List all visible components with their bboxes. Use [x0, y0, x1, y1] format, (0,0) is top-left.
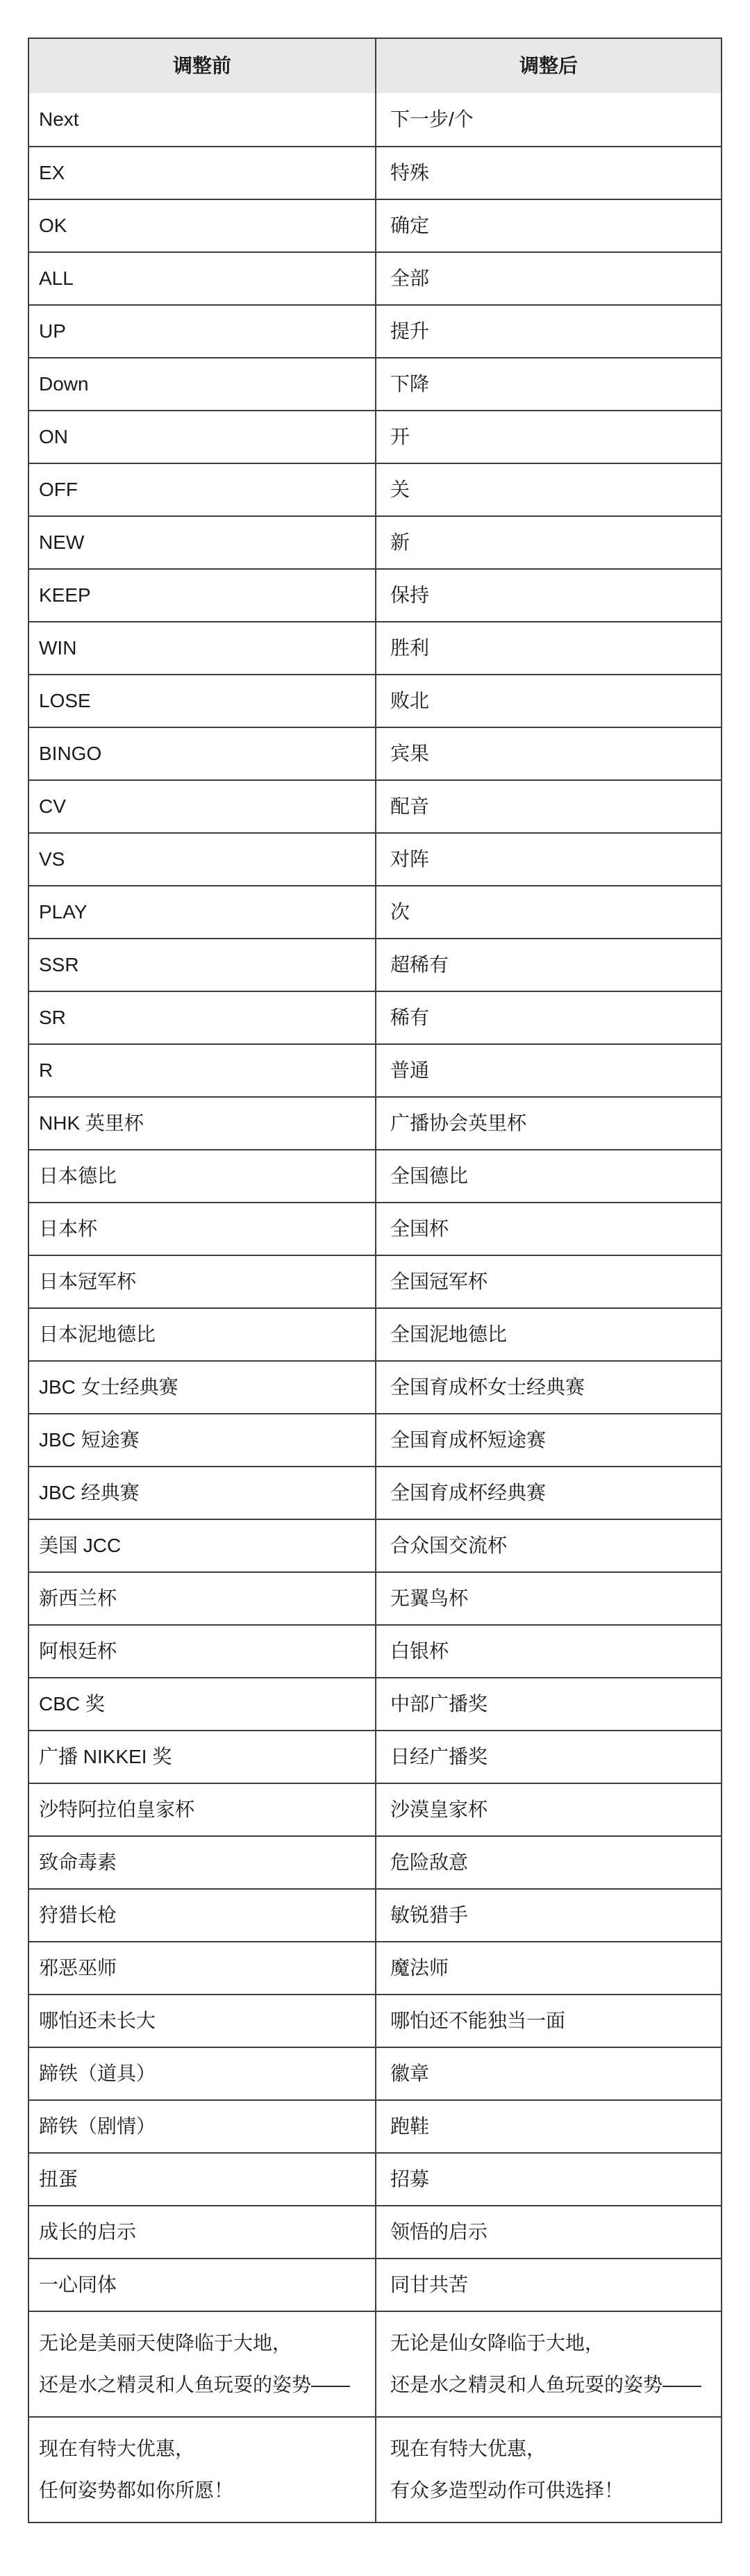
- cell-text: 日本德比: [39, 1165, 368, 1187]
- table-row: ON开: [29, 410, 721, 463]
- cell-text: PLAY: [39, 901, 368, 923]
- cell-before: 蹄铁（剧情）: [29, 2101, 375, 2152]
- table-row: BINGO宾果: [29, 727, 721, 779]
- cell-text: ON: [39, 426, 368, 448]
- table-header-row: 调整前 调整后: [29, 39, 721, 93]
- cell-after: 现在有特大优惠，有众多造型动作可供选择！: [375, 2418, 721, 2522]
- table-row: CV配音: [29, 779, 721, 832]
- table-row: UP提升: [29, 304, 721, 357]
- cell-before: 日本杯: [29, 1203, 375, 1255]
- cell-after: 无论是仙女降临于大地，还是水之精灵和人鱼玩耍的姿势——: [375, 2312, 721, 2416]
- cell-before: OK: [29, 200, 375, 251]
- cell-text: 全国冠军杯: [390, 1271, 714, 1293]
- cell-text: 新西兰杯: [39, 1587, 368, 1610]
- cell-after: 全部: [375, 253, 721, 304]
- cell-before: 扭蛋: [29, 2154, 375, 2205]
- cell-after: 广播协会英里杯: [375, 1098, 721, 1149]
- cell-after: 全国杯: [375, 1203, 721, 1255]
- cell-text: 招募: [390, 2168, 714, 2190]
- cell-text: 邪恶巫师: [39, 1957, 368, 1979]
- table-row: 日本泥地德比全国泥地德比: [29, 1307, 721, 1360]
- cell-before: 沙特阿拉伯皇家杯: [29, 1784, 375, 1835]
- cell-after: 同甘共苦: [375, 2259, 721, 2311]
- table-body: Next下一步/个EX特殊OK确定ALL全部UP提升Down下降ON开OFF关N…: [29, 93, 721, 2522]
- cell-text: 白银杯: [390, 1640, 714, 1662]
- table-row: JBC 女士经典赛全国育成杯女士经典赛: [29, 1360, 721, 1413]
- cell-text: VS: [39, 848, 368, 870]
- cell-text: LOSE: [39, 690, 368, 712]
- cell-text: 全国泥地德比: [390, 1323, 714, 1346]
- cell-text: 下降: [390, 373, 714, 395]
- cell-before: NEW: [29, 517, 375, 568]
- cell-text: 全国育成杯短途赛: [390, 1429, 714, 1451]
- cell-after: 跑鞋: [375, 2101, 721, 2152]
- table-row: 狩猎长枪敏锐猎手: [29, 1888, 721, 1941]
- cell-after: 败北: [375, 675, 721, 727]
- table-row: JBC 短途赛全国育成杯短途赛: [29, 1413, 721, 1466]
- cell-text: 致命毒素: [39, 1851, 368, 1874]
- cell-after: 胜利: [375, 622, 721, 674]
- table-row: KEEP保持: [29, 568, 721, 621]
- table-row: 广播 NIKKEI 奖日经广播奖: [29, 1730, 721, 1783]
- table-row: OFF关: [29, 463, 721, 515]
- cell-before: 蹄铁（道具）: [29, 2048, 375, 2099]
- cell-text: 魔法师: [390, 1957, 714, 1979]
- cell-text: 配音: [390, 795, 714, 818]
- page: { "table": { "headers": { "before": "调整前…: [0, 0, 750, 2576]
- cell-before: Down: [29, 358, 375, 410]
- cell-after: 全国冠军杯: [375, 1256, 721, 1307]
- cell-before: ON: [29, 411, 375, 463]
- cell-before: SSR: [29, 939, 375, 991]
- table-row: 一心同体同甘共苦: [29, 2258, 721, 2311]
- cell-after: 对阵: [375, 834, 721, 885]
- table-row: 新西兰杯无翼鸟杯: [29, 1571, 721, 1624]
- table-row: SR稀有: [29, 991, 721, 1043]
- cell-text: 阿根廷杯: [39, 1640, 368, 1662]
- cell-text: 特殊: [390, 162, 714, 184]
- cell-text: WIN: [39, 637, 368, 659]
- cell-text: KEEP: [39, 584, 368, 606]
- cell-text: 蹄铁（剧情）: [39, 2115, 368, 2138]
- cell-before: LOSE: [29, 675, 375, 727]
- table-row: VS对阵: [29, 832, 721, 885]
- cell-text: 普通: [390, 1059, 714, 1082]
- table-row: OK确定: [29, 199, 721, 251]
- table-row: 邪恶巫师魔法师: [29, 1941, 721, 1994]
- cell-after: 下一步/个: [375, 93, 721, 146]
- cell-before: BINGO: [29, 728, 375, 779]
- cell-text: Next: [39, 108, 368, 131]
- cell-after: 宾果: [375, 728, 721, 779]
- cell-after: 全国育成杯短途赛: [375, 1414, 721, 1466]
- cell-after: 哪怕还不能独当一面: [375, 1995, 721, 2047]
- cell-text: 次: [390, 901, 714, 923]
- cell-before: SR: [29, 992, 375, 1043]
- cell-text: 全国德比: [390, 1165, 714, 1187]
- cell-before: 新西兰杯: [29, 1573, 375, 1624]
- cell-text: 日本泥地德比: [39, 1323, 368, 1346]
- cell-before: OFF: [29, 464, 375, 515]
- cell-before: ALL: [29, 253, 375, 304]
- table-row: NHK 英里杯广播协会英里杯: [29, 1096, 721, 1149]
- cell-text: ALL: [39, 267, 368, 290]
- cell-text: 沙特阿拉伯皇家杯: [39, 1799, 368, 1821]
- cell-text: 关: [390, 479, 714, 501]
- cell-before: KEEP: [29, 570, 375, 621]
- cell-text: 全国育成杯女士经典赛: [390, 1376, 714, 1398]
- cell-text: OK: [39, 215, 368, 237]
- cell-text: 提升: [390, 320, 714, 342]
- cell-line: 还是水之精灵和人鱼玩耍的姿势——: [39, 2374, 368, 2396]
- table-row: SSR超稀有: [29, 938, 721, 991]
- table-row: R普通: [29, 1043, 721, 1096]
- cell-text: UP: [39, 320, 368, 342]
- cell-after: 提升: [375, 306, 721, 357]
- cell-text: 日本冠军杯: [39, 1271, 368, 1293]
- cell-text: SSR: [39, 954, 368, 976]
- cell-before: 成长的启示: [29, 2206, 375, 2258]
- cell-before: Next: [29, 93, 375, 146]
- cell-after: 领悟的启示: [375, 2206, 721, 2258]
- cell-text: 一心同体: [39, 2274, 368, 2296]
- cell-after: 下降: [375, 358, 721, 410]
- cell-after: 全国德比: [375, 1150, 721, 1202]
- cell-after: 确定: [375, 200, 721, 251]
- cell-before: 广播 NIKKEI 奖: [29, 1731, 375, 1783]
- header-before: 调整前: [29, 39, 375, 93]
- table-row: 日本冠军杯全国冠军杯: [29, 1255, 721, 1307]
- cell-after: 全国育成杯女士经典赛: [375, 1362, 721, 1413]
- cell-text: 哪怕还未长大: [39, 2010, 368, 2032]
- cell-text: 合众国交流杯: [390, 1535, 714, 1557]
- cell-after: 魔法师: [375, 1942, 721, 1994]
- header-after: 调整后: [375, 39, 721, 93]
- cell-line: 现在有特大优惠，: [39, 2438, 368, 2460]
- cell-text: JBC 经典赛: [39, 1482, 368, 1504]
- cell-text: 开: [390, 426, 714, 448]
- table-row: 成长的启示领悟的启示: [29, 2205, 721, 2258]
- cell-after: 合众国交流杯: [375, 1520, 721, 1571]
- cell-text: Down: [39, 373, 368, 395]
- cell-text: BINGO: [39, 743, 368, 765]
- cell-after: 次: [375, 886, 721, 938]
- table-row: CBC 奖中部广播奖: [29, 1677, 721, 1730]
- cell-text: 广播协会英里杯: [390, 1112, 714, 1134]
- cell-text: 同甘共苦: [390, 2274, 714, 2296]
- cell-after: 配音: [375, 781, 721, 832]
- cell-before: 无论是美丽天使降临于大地，还是水之精灵和人鱼玩耍的姿势——: [29, 2312, 375, 2416]
- cell-text: 败北: [390, 690, 714, 712]
- cell-before: 邪恶巫师: [29, 1942, 375, 1994]
- cell-text: 扭蛋: [39, 2168, 368, 2190]
- cell-text: 领悟的启示: [390, 2221, 714, 2243]
- cell-text: 沙漠皇家杯: [390, 1799, 714, 1821]
- table-row: LOSE败北: [29, 674, 721, 727]
- cell-text: 全部: [390, 267, 714, 290]
- table-row: Next下一步/个: [29, 93, 721, 146]
- cell-after: 徽章: [375, 2048, 721, 2099]
- cell-text: 胜利: [390, 637, 714, 659]
- cell-before: JBC 经典赛: [29, 1467, 375, 1519]
- cell-text: NHK 英里杯: [39, 1112, 368, 1134]
- cell-after: 稀有: [375, 992, 721, 1043]
- cell-before: 一心同体: [29, 2259, 375, 2311]
- cell-before: NHK 英里杯: [29, 1098, 375, 1149]
- cell-after: 危险敌意: [375, 1837, 721, 1888]
- cell-after: 保持: [375, 570, 721, 621]
- cell-text: 徽章: [390, 2063, 714, 2085]
- cell-after: 超稀有: [375, 939, 721, 991]
- table-row: ALL全部: [29, 251, 721, 304]
- table-row: 无论是美丽天使降临于大地，还是水之精灵和人鱼玩耍的姿势——无论是仙女降临于大地，…: [29, 2311, 721, 2416]
- cell-text: SR: [39, 1007, 368, 1029]
- table-row: PLAY次: [29, 885, 721, 938]
- cell-before: 现在有特大优惠，任何姿势都如你所愿！: [29, 2418, 375, 2522]
- cell-after: 新: [375, 517, 721, 568]
- cell-before: CV: [29, 781, 375, 832]
- cell-text: 成长的启示: [39, 2221, 368, 2243]
- cell-text: 保持: [390, 584, 714, 606]
- cell-text: EX: [39, 162, 368, 184]
- header-before-label: 调整前: [173, 55, 231, 77]
- cell-text: OFF: [39, 479, 368, 501]
- translation-adjustment-table: 调整前 调整后 Next下一步/个EX特殊OK确定ALL全部UP提升Down下降…: [28, 38, 722, 2523]
- cell-after: 全国泥地德比: [375, 1309, 721, 1360]
- table-row: NEW新: [29, 515, 721, 568]
- cell-text: NEW: [39, 531, 368, 554]
- cell-before: R: [29, 1045, 375, 1096]
- cell-text: CV: [39, 795, 368, 818]
- cell-text: 哪怕还不能独当一面: [390, 2010, 714, 2032]
- table-row: 蹄铁（道具）徽章: [29, 2047, 721, 2099]
- cell-line: 无论是仙女降临于大地，: [390, 2332, 714, 2354]
- cell-text: 新: [390, 531, 714, 554]
- table-row: Down下降: [29, 357, 721, 410]
- cell-before: PLAY: [29, 886, 375, 938]
- table-row: 阿根廷杯白银杯: [29, 1624, 721, 1677]
- cell-text: 下一步/个: [390, 108, 714, 131]
- table-row: EX特殊: [29, 146, 721, 199]
- cell-before: JBC 女士经典赛: [29, 1362, 375, 1413]
- table-row: 沙特阿拉伯皇家杯沙漠皇家杯: [29, 1783, 721, 1835]
- table-row: WIN胜利: [29, 621, 721, 674]
- cell-line: 无论是美丽天使降临于大地，: [39, 2332, 368, 2354]
- cell-text: 宾果: [390, 743, 714, 765]
- cell-text: 广播 NIKKEI 奖: [39, 1746, 368, 1768]
- cell-before: 阿根廷杯: [29, 1626, 375, 1677]
- cell-text: 无翼鸟杯: [390, 1587, 714, 1610]
- cell-before: EX: [29, 147, 375, 199]
- cell-line: 还是水之精灵和人鱼玩耍的姿势——: [390, 2374, 714, 2396]
- cell-text: 狩猎长枪: [39, 1904, 368, 1926]
- cell-before: VS: [29, 834, 375, 885]
- cell-after: 全国育成杯经典赛: [375, 1467, 721, 1519]
- table-row: 哪怕还未长大哪怕还不能独当一面: [29, 1994, 721, 2047]
- cell-before: WIN: [29, 622, 375, 674]
- cell-text: JBC 短途赛: [39, 1429, 368, 1451]
- cell-text: 跑鞋: [390, 2115, 714, 2138]
- cell-text: 全国杯: [390, 1218, 714, 1240]
- cell-after: 招募: [375, 2154, 721, 2205]
- header-after-label: 调整后: [519, 55, 578, 77]
- cell-line: 现在有特大优惠，: [390, 2438, 714, 2460]
- cell-text: 美国 JCC: [39, 1535, 368, 1557]
- cell-text: JBC 女士经典赛: [39, 1376, 368, 1398]
- cell-text: 中部广播奖: [390, 1693, 714, 1715]
- table-row: 现在有特大优惠，任何姿势都如你所愿！现在有特大优惠，有众多造型动作可供选择！: [29, 2416, 721, 2522]
- cell-after: 开: [375, 411, 721, 463]
- cell-after: 白银杯: [375, 1626, 721, 1677]
- cell-before: 哪怕还未长大: [29, 1995, 375, 2047]
- table-row: 致命毒素危险敌意: [29, 1835, 721, 1888]
- cell-text: 敏锐猎手: [390, 1904, 714, 1926]
- cell-after: 普通: [375, 1045, 721, 1096]
- cell-after: 沙漠皇家杯: [375, 1784, 721, 1835]
- cell-before: 狩猎长枪: [29, 1890, 375, 1941]
- cell-text: R: [39, 1059, 368, 1082]
- table-row: 扭蛋招募: [29, 2152, 721, 2205]
- cell-text: 日经广播奖: [390, 1746, 714, 1768]
- cell-text: 超稀有: [390, 954, 714, 976]
- cell-after: 关: [375, 464, 721, 515]
- cell-text: 稀有: [390, 1007, 714, 1029]
- cell-before: 美国 JCC: [29, 1520, 375, 1571]
- cell-line: 任何姿势都如你所愿！: [39, 2479, 368, 2502]
- cell-before: 致命毒素: [29, 1837, 375, 1888]
- cell-after: 中部广播奖: [375, 1678, 721, 1730]
- cell-line: 有众多造型动作可供选择！: [390, 2479, 714, 2502]
- cell-text: 全国育成杯经典赛: [390, 1482, 714, 1504]
- table-row: 日本德比全国德比: [29, 1149, 721, 1202]
- table-row: 日本杯全国杯: [29, 1202, 721, 1255]
- cell-after: 特殊: [375, 147, 721, 199]
- cell-text: 蹄铁（道具）: [39, 2063, 368, 2085]
- cell-text: CBC 奖: [39, 1693, 368, 1715]
- cell-after: 无翼鸟杯: [375, 1573, 721, 1624]
- table-row: JBC 经典赛全国育成杯经典赛: [29, 1466, 721, 1519]
- cell-before: JBC 短途赛: [29, 1414, 375, 1466]
- table-row: 美国 JCC合众国交流杯: [29, 1519, 721, 1571]
- cell-text: 确定: [390, 215, 714, 237]
- cell-text: 日本杯: [39, 1218, 368, 1240]
- cell-before: 日本冠军杯: [29, 1256, 375, 1307]
- cell-before: UP: [29, 306, 375, 357]
- table-row: 蹄铁（剧情）跑鞋: [29, 2099, 721, 2152]
- cell-after: 日经广播奖: [375, 1731, 721, 1783]
- cell-before: CBC 奖: [29, 1678, 375, 1730]
- cell-text: 危险敌意: [390, 1851, 714, 1874]
- cell-before: 日本泥地德比: [29, 1309, 375, 1360]
- cell-after: 敏锐猎手: [375, 1890, 721, 1941]
- cell-before: 日本德比: [29, 1150, 375, 1202]
- cell-text: 对阵: [390, 848, 714, 870]
